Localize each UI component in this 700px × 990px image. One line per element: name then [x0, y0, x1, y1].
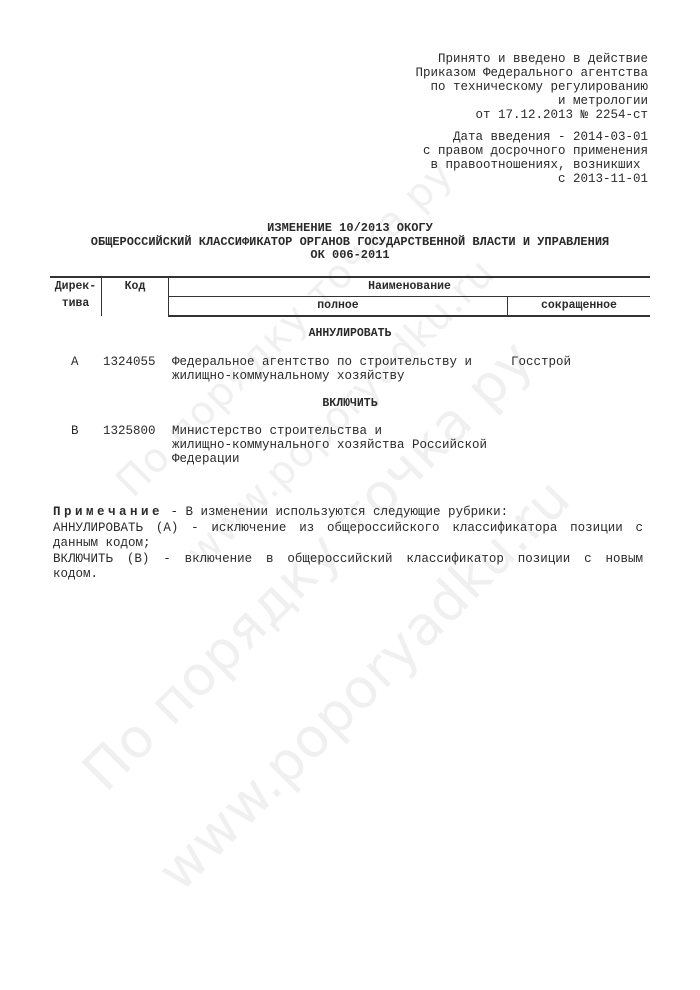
row-full-line: жилищно-коммунальному хозяйству	[172, 369, 472, 383]
table-header: Дирек- тива Код Наименование полное сокр…	[50, 276, 650, 317]
effective-line: с правом досрочного применения	[423, 144, 648, 158]
document-page: По порядку точка ру www.poporyadku.ru По…	[0, 0, 700, 990]
approval-block: Принято и введено в действиеПриказом Фед…	[415, 52, 648, 122]
row-short-name: Госстрой	[511, 355, 571, 369]
section-title-include: ВКЛЮЧИТЬ	[0, 397, 700, 410]
note-block: Примечание - В изменении используются сл…	[53, 505, 643, 583]
note-item-annul-cont: данным кодом;	[53, 536, 643, 552]
row-full-line: Федеральное агентство по строительству и	[172, 355, 472, 369]
row-full-line: Федерации	[172, 452, 487, 466]
header-name: Наименование	[169, 277, 651, 297]
header-directive-line2: тива	[50, 295, 101, 312]
approval-line: Приказом Федерального агентства	[415, 66, 648, 80]
header-short: сокращенное	[508, 297, 651, 317]
row-directive: A	[71, 355, 79, 369]
title-classifier: ОБЩЕРОССИЙСКИЙ КЛАССИФИКАТОР ОРГАНОВ ГОС…	[0, 236, 700, 250]
row-full-name: Министерство строительства ижилищно-комм…	[172, 424, 487, 466]
row-directive: B	[71, 424, 79, 438]
effective-line: в правоотношениях, возникших	[423, 158, 648, 172]
note-intro: Примечание - В изменении используются сл…	[53, 505, 643, 521]
row-full-name: Федеральное агентство по строительству и…	[172, 355, 472, 383]
approval-line: Принято и введено в действие	[415, 52, 648, 66]
title-code: ОК 006-2011	[0, 249, 700, 263]
header-full: полное	[169, 297, 508, 317]
header-directive: Дирек- тива	[50, 277, 102, 316]
header-directive-line1: Дирек-	[50, 278, 101, 295]
row-code: 1324055	[103, 355, 156, 369]
header-code: Код	[102, 277, 169, 316]
effective-date: Дата введения - 2014-03-01	[423, 130, 648, 144]
note-label: Примечание	[53, 505, 163, 519]
effective-early-date: с 2013-11-01	[423, 172, 648, 186]
note-item-include-cont: кодом.	[53, 567, 643, 583]
approval-line: по техническому регулированию	[415, 80, 648, 94]
section-title-annul: АННУЛИРОВАТЬ	[0, 327, 700, 340]
row-code: 1325800	[103, 424, 156, 438]
note-item-annul: АННУЛИРОВАТЬ (А) - исключение из общерос…	[53, 521, 643, 537]
row-full-line: жилищно-коммунального хозяйства Российск…	[172, 438, 487, 452]
note-item-include: ВКЛЮЧИТЬ (В) - включение в общероссийски…	[53, 552, 643, 568]
approval-line: и метрологии	[415, 94, 648, 108]
effective-date-block: Дата введения - 2014-03-01с правом досро…	[423, 130, 648, 186]
note-intro-text: - В изменении используются следующие руб…	[163, 505, 508, 519]
document-title: ИЗМЕНЕНИЕ 10/2013 ОКОГУ ОБЩЕРОССИЙСКИЙ К…	[0, 222, 700, 263]
approval-order-number: от 17.12.2013 № 2254-ст	[415, 108, 648, 122]
title-amendment: ИЗМЕНЕНИЕ 10/2013 ОКОГУ	[0, 222, 700, 236]
row-full-line: Министерство строительства и	[172, 424, 487, 438]
